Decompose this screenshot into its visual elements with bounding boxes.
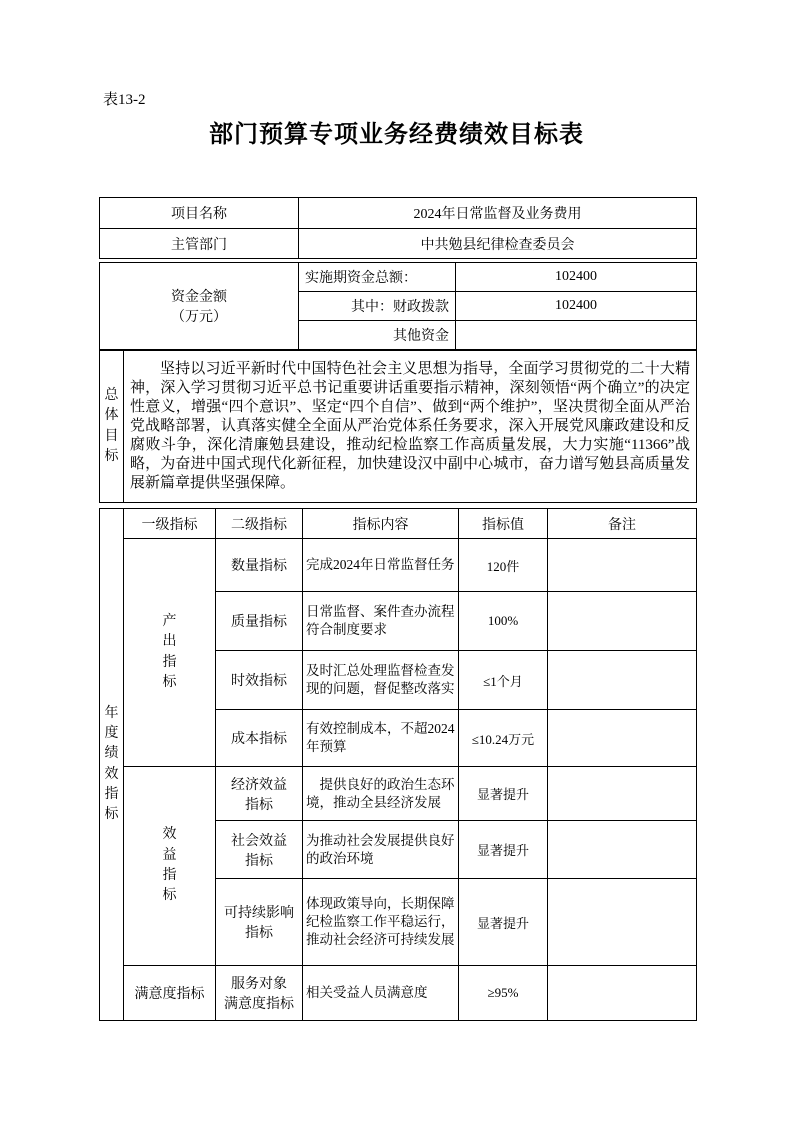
indicator-content: 日常监督、案件查办流程符合制度要求 [303,592,459,651]
indicator-value: 显著提升 [459,821,548,879]
indicator-content: 为推动社会发展提供良好的政治环境 [303,821,459,879]
indicator-note [548,710,697,767]
indicator-value: ≤1个月 [459,651,548,710]
funds-total-label: 实施期资金总额： [299,263,456,292]
page-title: 部门预算专项业务经费绩效目标表 [0,114,793,149]
department-value: 中共勉县纪律检查委员会 [299,229,697,259]
indicators-table: 年度绩效指标 一级指标 二级指标 指标内容 指标值 备注 产出指标 数量指标 完… [99,508,697,1021]
indicator-note [548,767,697,821]
indicator-level2: 社会效益 指标 [216,821,303,879]
table-row: 主管部门 中共勉县纪律检查委员会 [100,229,697,259]
indicator-note [548,651,697,710]
indicator-content: 完成2024年日常监督任务 [303,539,459,592]
table-row: 资金金额 （万元） 实施期资金总额： 102400 [100,263,697,292]
project-name-value: 2024年日常监督及业务费用 [299,198,697,229]
indicator-note [548,966,697,1021]
output-indicator-label-text: 产出指标 [162,612,177,693]
overall-goal-table: 总体目标 坚持以习近平新时代中国特色社会主义思想为指导，全面学习贯彻党的二十大精… [99,350,697,503]
indicator-level2: 质量指标 [216,592,303,651]
table-row: 满意度指标 服务对象 满意度指标 相关受益人员满意度 ≥95% [100,966,697,1021]
indicator-content: 提供良好的政治生态环境，推动全县经济发展 [303,767,459,821]
header-note: 备注 [548,509,697,539]
indicator-value: 120件 [459,539,548,592]
benefit-indicator-group-label: 效益指标 [124,767,216,966]
overall-goal-cell: 坚持以习近平新时代中国特色社会主义思想为指导，全面学习贯彻党的二十大精神，深入学… [124,351,697,503]
funds-table: 资金金额 （万元） 实施期资金总额： 102400 其中：财政拨款 102400… [99,262,697,350]
indicator-content: 相关受益人员满意度 [303,966,459,1021]
indicator-level2: 可持续影响 指标 [216,879,303,966]
indicator-content: 有效控制成本，不超2024年预算 [303,710,459,767]
indicator-note [548,821,697,879]
indicator-note [548,539,697,592]
header-level2: 二级指标 [216,509,303,539]
funds-label: 资金金额 （万元） [100,263,299,350]
funds-other-label: 其他资金 [299,321,456,350]
output-indicator-group-label: 产出指标 [124,539,216,767]
header-content: 指标内容 [303,509,459,539]
funds-fiscal-label: 其中：财政拨款 [299,292,456,321]
indicator-level2: 服务对象 满意度指标 [216,966,303,1021]
annual-indicators-label: 年度绩效指标 [100,509,124,1021]
indicator-value: 100% [459,592,548,651]
department-label: 主管部门 [100,229,299,259]
overall-goal-label-text: 总体目标 [104,386,119,467]
table-number-tag: 表13-2 [103,88,146,109]
table-row: 效益指标 经济效益 指标 提供良好的政治生态环境，推动全县经济发展 显著提升 [100,767,697,821]
funds-fiscal-value: 102400 [456,292,697,321]
indicators-header-row: 年度绩效指标 一级指标 二级指标 指标内容 指标值 备注 [100,509,697,539]
overall-goal-label: 总体目标 [100,351,124,503]
indicator-note [548,879,697,966]
funds-total-value: 102400 [456,263,697,292]
indicator-note [548,592,697,651]
table-row: 总体目标 坚持以习近平新时代中国特色社会主义思想为指导，全面学习贯彻党的二十大精… [100,351,697,503]
header-value: 指标值 [459,509,548,539]
satisfaction-indicator-group-label: 满意度指标 [124,966,216,1021]
indicator-value: 显著提升 [459,767,548,821]
overall-goal-text: 坚持以习近平新时代中国特色社会主义思想为指导，全面学习贯彻党的二十大精神，深入学… [130,360,690,493]
header-level1: 一级指标 [124,509,216,539]
indicator-content: 及时汇总处理监督检查发现的问题，督促整改落实 [303,651,459,710]
benefit-indicator-label-text: 效益指标 [162,825,177,906]
project-name-label: 项目名称 [100,198,299,229]
indicator-level2: 时效指标 [216,651,303,710]
budget-performance-table: 项目名称 2024年日常监督及业务费用 主管部门 中共勉县纪律检查委员会 资金金… [99,197,696,1021]
project-info-table: 项目名称 2024年日常监督及业务费用 主管部门 中共勉县纪律检查委员会 [99,197,697,259]
document-page: 表13-2 部门预算专项业务经费绩效目标表 项目名称 2024年日常监督及业务费… [0,0,793,1122]
indicator-value: ≤10.24万元 [459,710,548,767]
indicator-level2: 成本指标 [216,710,303,767]
indicator-value: ≥95% [459,966,548,1021]
table-row: 产出指标 数量指标 完成2024年日常监督任务 120件 [100,539,697,592]
indicator-content: 体现政策导向，长期保障纪检监察工作平稳运行，推动社会经济可持续发展 [303,879,459,966]
indicator-level2: 数量指标 [216,539,303,592]
annual-indicators-label-text: 年度绩效指标 [104,704,119,826]
indicator-value: 显著提升 [459,879,548,966]
funds-other-value [456,321,697,350]
indicator-level2: 经济效益 指标 [216,767,303,821]
table-row: 项目名称 2024年日常监督及业务费用 [100,198,697,229]
